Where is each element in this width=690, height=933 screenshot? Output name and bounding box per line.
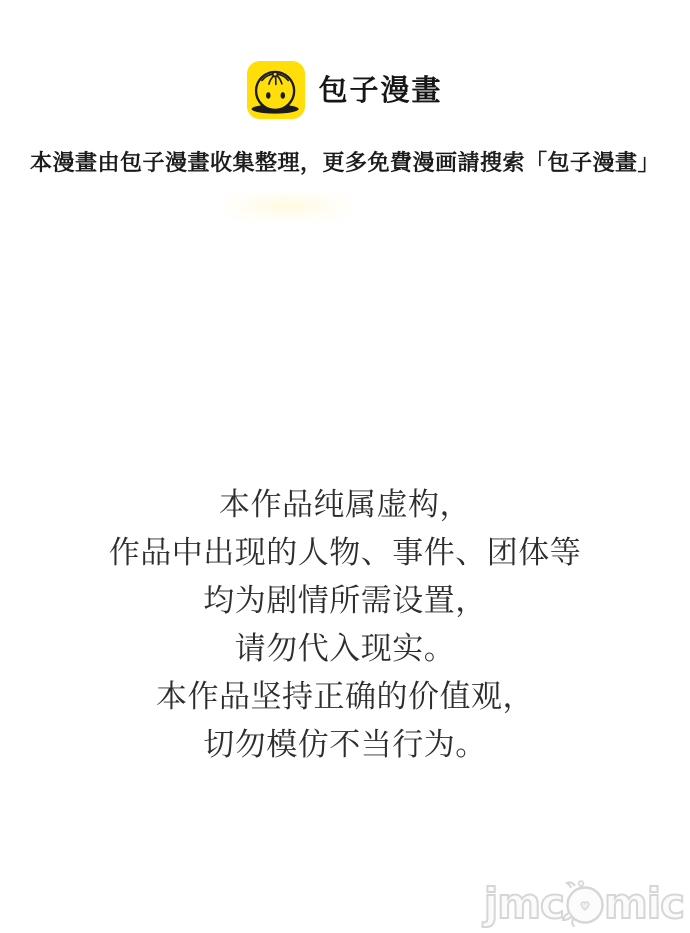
- watermark-text-prefix: jmc: [484, 883, 564, 925]
- brand-header: 包子漫畫: [0, 60, 690, 120]
- disclaimer-line: 作品中出现的人物、事件、团体等: [0, 529, 690, 577]
- collection-notice: 本漫畫由包子漫畫收集整理，更多免費漫画請搜索「包子漫畫」: [0, 148, 690, 180]
- bird-face-heart-mascot-icon: [561, 879, 607, 927]
- watermark-text-suffix: mic: [604, 883, 684, 925]
- jmcomic-watermark: jmc mic: [484, 879, 684, 929]
- comic-page: 包子漫畫 本漫畫由包子漫畫收集整理，更多免費漫画請搜索「包子漫畫」 本作品纯属虚…: [0, 0, 690, 933]
- disclaimer-line: 切勿模仿不当行为。: [0, 721, 690, 769]
- disclaimer-line: 请勿代入现实。: [0, 625, 690, 673]
- disclaimer-line: 本作品坚持正确的价值观，: [0, 673, 690, 721]
- brand-name: 包子漫畫: [318, 76, 442, 105]
- disclaimer-block: 本作品纯属虚构， 作品中出现的人物、事件、团体等 均为剧情所需设置， 请勿代入现…: [0, 481, 690, 769]
- disclaimer-line: 本作品纯属虚构，: [0, 481, 690, 529]
- baozi-bun-mascot-icon: [247, 61, 305, 119]
- disclaimer-line: 均为剧情所需设置，: [0, 577, 690, 625]
- faint-smudge-artifact: [225, 192, 350, 220]
